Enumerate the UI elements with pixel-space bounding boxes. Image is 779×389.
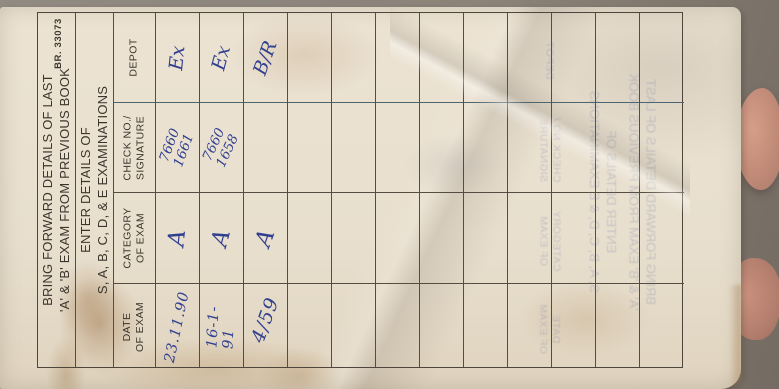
header-check-line1: CHECK NO./ bbox=[122, 115, 135, 180]
finger-tip-top bbox=[736, 88, 779, 190]
photo-scene: BR. 33073 BRING FORWARD DETAILS OF LAST … bbox=[0, 0, 779, 389]
entry2-check-cell: 7660 1658 bbox=[200, 103, 243, 193]
show-through-category-line2: OF EXAM bbox=[536, 210, 549, 271]
entry3-date-value: 4/59 bbox=[247, 294, 284, 345]
entry3-check-cell bbox=[244, 103, 287, 193]
header-category-line2: OF EXAM bbox=[135, 207, 148, 268]
entry3-category-value: A bbox=[250, 226, 280, 251]
title-line-2: 'A' & 'B' EXAM FROM PREVIOUS BOOK bbox=[57, 68, 74, 312]
show-through-title-line2: 'A' & 'B' EXAM FROM PREVIOUS BOOK bbox=[625, 73, 642, 310]
header-category-line1: CATEGORY bbox=[122, 207, 135, 268]
entry1-check-cell: 7660 1661 bbox=[156, 103, 199, 193]
entry1-category-value: A bbox=[164, 228, 192, 247]
subtitle-line-2: S, A, B, C, D, & E EXAMINATIONS bbox=[95, 86, 112, 294]
entry3-date-cell: 4/59 bbox=[244, 284, 287, 369]
entry2-date-value: 16-1-91 bbox=[204, 304, 238, 349]
subtitle-line-1: ENTER DETAILS OF bbox=[78, 86, 95, 294]
header-check-line2: SIGNATURE bbox=[135, 115, 148, 180]
entry2-depot-cell: Ex bbox=[200, 13, 243, 103]
empty-column bbox=[376, 13, 420, 367]
entry-column-1: Ex 7660 1661 A 23.11.90 bbox=[156, 13, 200, 367]
entry3-depot-cell: B/R bbox=[244, 13, 287, 103]
empty-column bbox=[464, 13, 508, 367]
entry1-date-cell: 23.11.90 bbox=[156, 284, 199, 369]
entry2-date-cell: 16-1-91 bbox=[200, 284, 243, 369]
entry3-depot-value: B/R bbox=[249, 37, 282, 77]
entry2-category-cell: A bbox=[200, 193, 243, 284]
entry2-category-value: A bbox=[207, 227, 236, 250]
header-check-no: CHECK NO./ SIGNATURE bbox=[114, 103, 155, 193]
worn-paper-edge bbox=[729, 285, 741, 389]
empty-column bbox=[420, 13, 464, 367]
show-through-category-line1: CATEGORY bbox=[549, 210, 562, 271]
entry1-category-cell: A bbox=[156, 193, 199, 284]
entry2-depot-value: Ex bbox=[208, 43, 236, 72]
subtitle-band: ENTER DETAILS OF S, A, B, C, D, & E EXAM… bbox=[76, 13, 114, 367]
entry3-category-cell: A bbox=[244, 193, 287, 284]
entry1-depot-cell: Ex bbox=[156, 13, 199, 103]
header-date-line2: OF EXAM bbox=[135, 301, 148, 351]
empty-column bbox=[332, 13, 376, 367]
entry1-depot-value: Ex bbox=[165, 44, 189, 71]
header-depot-text: DEPOT bbox=[128, 38, 141, 76]
exam-record-page: BR. 33073 BRING FORWARD DETAILS OF LAST … bbox=[0, 7, 741, 389]
empty-column bbox=[288, 13, 332, 367]
show-through-check-line1: CHECK NO./ bbox=[549, 117, 562, 182]
entry1-date-value: 23.11.90 bbox=[162, 289, 193, 363]
entry-column-3: B/R A 4/59 bbox=[244, 13, 288, 367]
show-through-title-line1: BRING FORWARD DETAILS OF LAST bbox=[642, 73, 659, 310]
show-through-subtitle-line2: S, A, B, C, D, & E EXAMINATIONS bbox=[586, 91, 603, 293]
header-category: CATEGORY OF EXAM bbox=[114, 193, 155, 284]
header-column: DEPOT CHECK NO./ SIGNATURE CATEGORY OF E… bbox=[114, 13, 156, 367]
header-date: DATE OF EXAM bbox=[114, 284, 155, 369]
title-band: BRING FORWARD DETAILS OF LAST 'A' & 'B' … bbox=[38, 13, 76, 367]
show-through-check-line2: SIGNATURE bbox=[536, 117, 549, 182]
title-line-1: BRING FORWARD DETAILS OF LAST bbox=[40, 68, 57, 312]
show-through-date-line2: OF EXAM bbox=[536, 303, 549, 353]
header-depot: DEPOT bbox=[114, 13, 155, 103]
show-through-date-line1: DATE bbox=[549, 303, 562, 353]
header-date-line1: DATE bbox=[122, 301, 135, 351]
entry-column-2: Ex 7660 1658 A 16-1-91 bbox=[200, 13, 244, 367]
show-through-subtitle-line1: ENTER DETAILS OF bbox=[603, 91, 620, 293]
show-through-depot: DEPOT bbox=[543, 41, 556, 79]
